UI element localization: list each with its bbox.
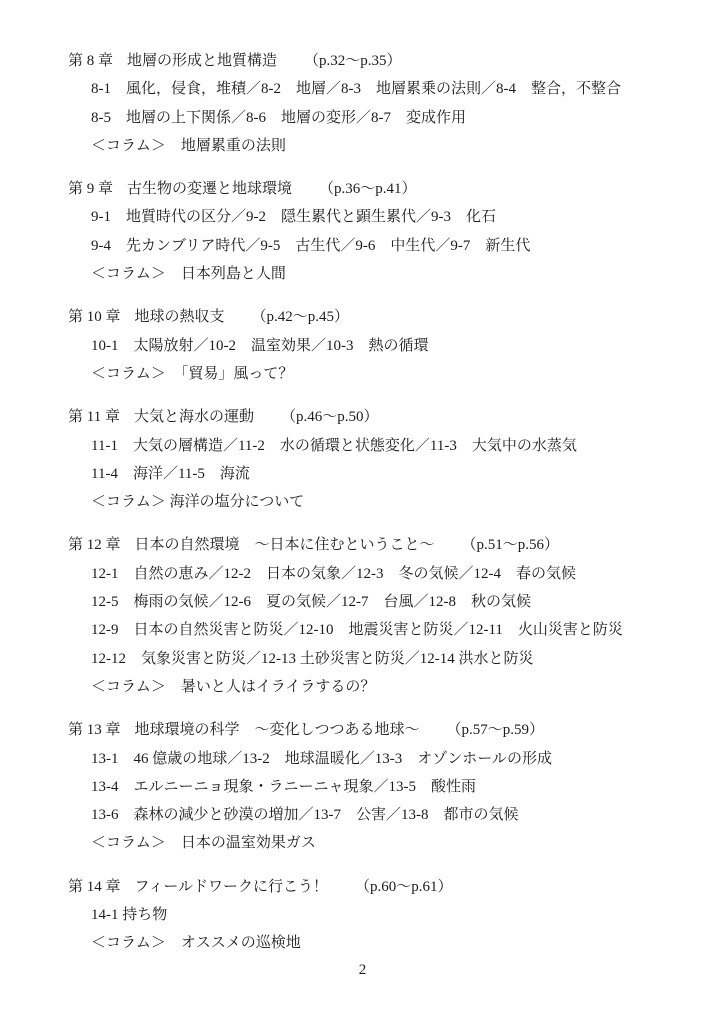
chapter-block: 第 11 章大気と海水の運動（p.46～p.50） 11-1 大気の層構造／11… — [68, 403, 695, 516]
column-line: ＜コラム＞ 日本列島と人間 — [68, 260, 695, 288]
chapter-block: 第 9 章古生物の変遷と地球環境（p.36～p.41） 9-1 地質時代の区分／… — [68, 175, 695, 288]
chapter-heading: 第 10 章地球の熱収支（p.42～p.45） — [68, 303, 695, 331]
chapter-page-range: （p.42～p.45） — [252, 309, 350, 325]
section-line: 12-1 自然の恵み／12-2 日本の気象／12-3 冬の気候／12-4 春の気… — [68, 560, 695, 588]
page-number: 2 — [0, 960, 725, 980]
section-line: 8-1 風化，侵食，堆積／8-2 地層／8-3 地層累乗の法則／8-4 整合，不… — [68, 75, 695, 103]
chapter-page-range: （p.32～p.35） — [304, 53, 402, 69]
chapter-heading: 第 9 章古生物の変遷と地球環境（p.36～p.41） — [68, 175, 695, 203]
section-line: 13-6 森林の減少と砂漠の増加／13-7 公害／13-8 都市の気候 — [68, 801, 695, 829]
column-line: ＜コラム＞ 日本の温室効果ガス — [68, 829, 695, 857]
section-line: 12-9 日本の自然災害と防災／12-10 地震災害と防災／12-11 火山災害… — [68, 616, 695, 644]
chapter-heading: 第 14 章フィールドワークに行こう！（p.60～p.61） — [68, 873, 695, 901]
chapter-block: 第 14 章フィールドワークに行こう！（p.60～p.61） 14-1 持ち物＜… — [68, 873, 695, 958]
chapter-number: 第 14 章 — [68, 879, 121, 895]
chapter-title: フィールドワークに行こう！ — [135, 879, 329, 895]
chapter-number: 第 13 章 — [68, 722, 121, 738]
column-line: ＜コラム＞ オススメの巡検地 — [68, 929, 695, 957]
section-line: 13-1 46 億歳の地球／13-2 地球温暖化／13-3 オゾンホールの形成 — [68, 745, 695, 773]
section-line: 11-1 大気の層構造／11-2 水の循環と状態変化／11-3 大気中の水蒸気 — [68, 432, 695, 460]
chapter-block: 第 12 章日本の自然環境 ～日本に住むということ～（p.51～p.56） 12… — [68, 531, 695, 701]
chapter-number: 第 12 章 — [68, 537, 121, 553]
chapter-page-range: （p.51～p.56） — [462, 537, 560, 553]
chapter-block: 第 8 章地層の形成と地質構造（p.32～p.35） 8-1 風化，侵食，堆積／… — [68, 47, 695, 160]
column-line: ＜コラム＞ 地層累重の法則 — [68, 132, 695, 160]
chapter-block: 第 13 章地球環境の科学 ～変化しつつある地球～（p.57～p.59） 13-… — [68, 716, 695, 857]
chapter-page-range: （p.60～p.61） — [355, 879, 453, 895]
chapter-page-range: （p.57～p.59） — [447, 722, 545, 738]
chapter-heading: 第 13 章地球環境の科学 ～変化しつつある地球～（p.57～p.59） — [68, 716, 695, 744]
chapter-number: 第 9 章 — [68, 181, 113, 197]
section-line: 8-5 地層の上下関係／8-6 地層の変形／8-7 変成作用 — [68, 104, 695, 132]
chapter-title: 地球環境の科学 ～変化しつつある地球～ — [135, 722, 420, 738]
chapter-block: 第 10 章地球の熱収支（p.42～p.45） 10-1 太陽放射／10-2 温… — [68, 303, 695, 388]
document-page: 第 8 章地層の形成と地質構造（p.32～p.35） 8-1 風化，侵食，堆積／… — [0, 0, 725, 1024]
chapter-page-range: （p.36～p.41） — [319, 181, 417, 197]
section-line: 9-4 先カンブリア時代／9-5 古生代／9-6 中生代／9-7 新生代 — [68, 232, 695, 260]
column-line: ＜コラム＞ 「貿易」風って？ — [68, 360, 695, 388]
chapter-number: 第 8 章 — [68, 53, 113, 69]
chapter-title: 大気と海水の運動 — [134, 409, 254, 425]
section-line: 10-1 太陽放射／10-2 温室効果／10-3 熱の循環 — [68, 332, 695, 360]
column-line: ＜コラム＞ 海洋の塩分について — [68, 488, 695, 516]
section-line: 11-4 海洋／11-5 海流 — [68, 460, 695, 488]
chapter-heading: 第 11 章大気と海水の運動（p.46～p.50） — [68, 403, 695, 431]
section-line: 12-12 気象災害と防災／12-13 土砂災害と防災／12-14 洪水と防災 — [68, 645, 695, 673]
section-line: 9-1 地質時代の区分／9-2 隠生累代と顕生累代／9-3 化石 — [68, 203, 695, 231]
chapter-title: 地球の熱収支 — [135, 309, 225, 325]
chapter-title: 日本の自然環境 ～日本に住むということ～ — [135, 537, 435, 553]
table-of-contents: 第 8 章地層の形成と地質構造（p.32～p.35） 8-1 風化，侵食，堆積／… — [0, 0, 725, 958]
chapter-heading: 第 8 章地層の形成と地質構造（p.32～p.35） — [68, 47, 695, 75]
chapter-title: 地層の形成と地質構造 — [127, 53, 277, 69]
section-line: 13-4 エルニーニョ現象・ラニーニャ現象／13-5 酸性雨 — [68, 773, 695, 801]
section-line: 12-5 梅雨の気候／12-6 夏の気候／12-7 台風／12-8 秋の気候 — [68, 588, 695, 616]
chapter-heading: 第 12 章日本の自然環境 ～日本に住むということ～（p.51～p.56） — [68, 531, 695, 559]
section-line: 14-1 持ち物 — [68, 901, 695, 929]
chapter-number: 第 10 章 — [68, 309, 121, 325]
chapter-title: 古生物の変遷と地球環境 — [127, 181, 292, 197]
column-line: ＜コラム＞ 暑いと人はイライラするの？ — [68, 673, 695, 701]
chapter-number: 第 11 章 — [68, 409, 120, 425]
chapter-page-range: （p.46～p.50） — [281, 409, 379, 425]
